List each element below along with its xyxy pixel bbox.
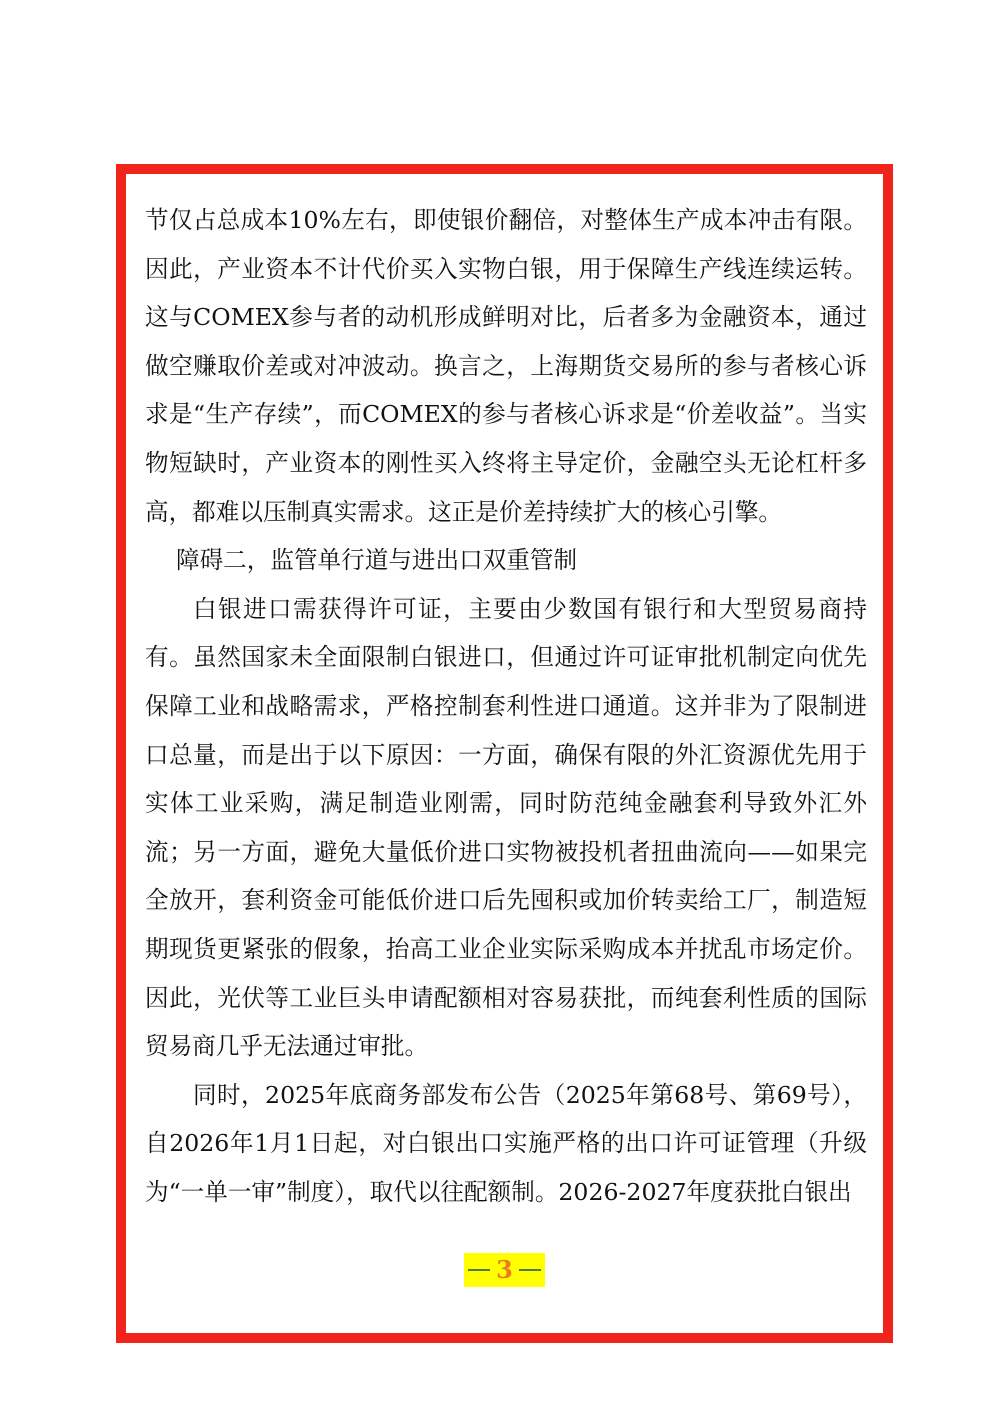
page-number-badge: 3: [464, 1253, 545, 1287]
section-heading: 障碍二，监管单行道与进出口双重管制: [145, 536, 867, 585]
paragraph-continuation: 节仅占总成本10%左右，即使银价翻倍，对整体生产成本冲击有限。因此，产业资本不计…: [145, 196, 867, 536]
document-body: 节仅占总成本10%左右，即使银价翻倍，对整体生产成本冲击有限。因此，产业资本不计…: [145, 196, 867, 1216]
paragraph-export-licensing: 同时，2025年底商务部发布公告（2025年第68号、第69号），自2026年1…: [145, 1071, 867, 1217]
dash-left-decoration: [468, 1269, 490, 1271]
paragraph-import-licensing: 白银进口需获得许可证，主要由少数国有银行和大型贸易商持有。虽然国家未全面限制白银…: [145, 585, 867, 1071]
page-number: 3: [496, 1253, 513, 1287]
dash-right-decoration: [519, 1269, 541, 1271]
page-border-frame: 节仅占总成本10%左右，即使银价翻倍，对整体生产成本冲击有限。因此，产业资本不计…: [116, 164, 893, 1343]
